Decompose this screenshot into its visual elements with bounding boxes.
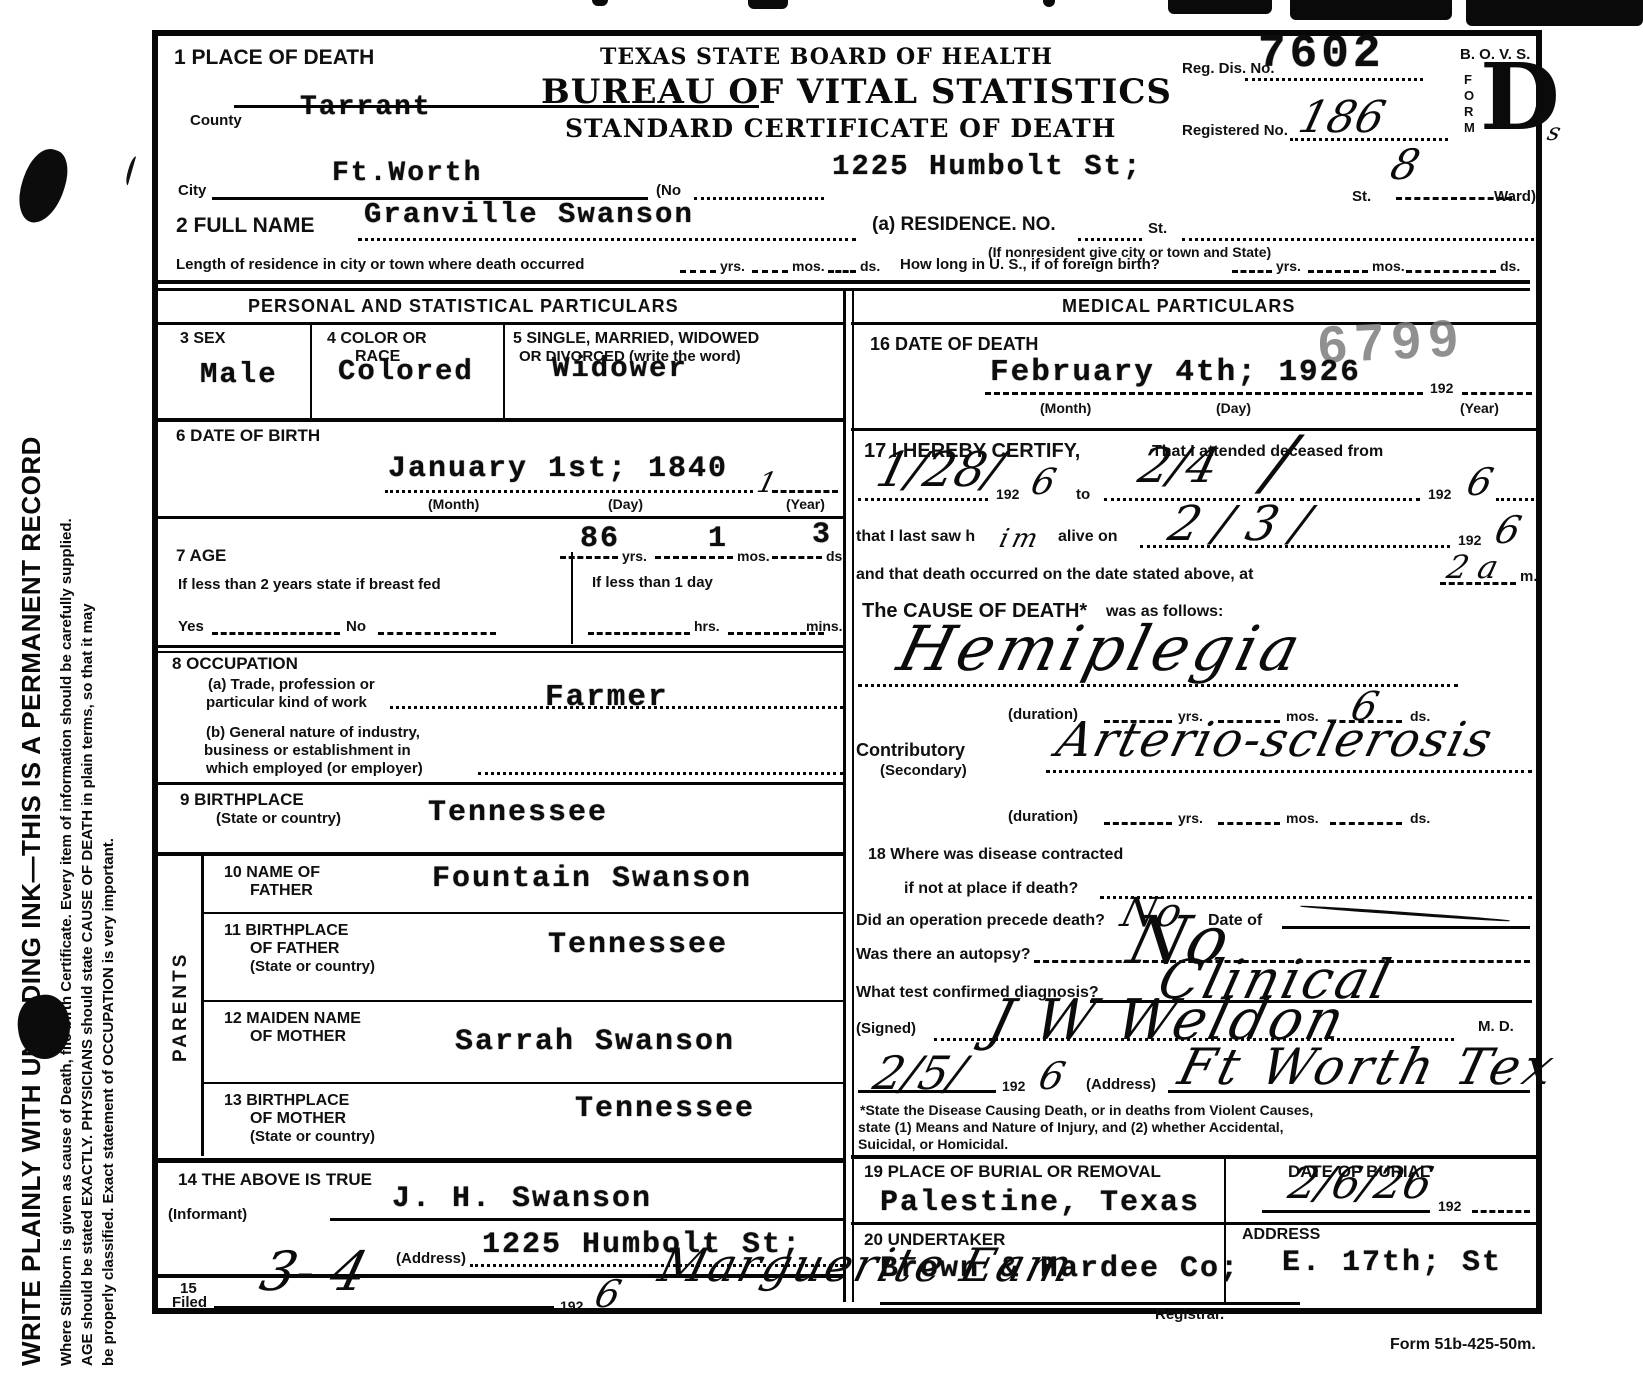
sex-value: Male bbox=[200, 358, 278, 391]
yrs-label: yrs. bbox=[1276, 258, 1301, 274]
fill bbox=[655, 556, 733, 559]
occupation-label: 8 OCCUPATION bbox=[172, 654, 298, 674]
end-year-pre: 192 bbox=[1428, 486, 1451, 502]
fill bbox=[560, 556, 618, 559]
fill bbox=[588, 632, 690, 635]
mother-name-value: Sarrah Swanson bbox=[455, 1025, 735, 1059]
occupation-value: Farmer bbox=[545, 680, 669, 715]
breastfed-label: If less than 2 years state if breast fed bbox=[178, 576, 441, 593]
parents-divider bbox=[201, 856, 204, 1156]
to-label: to bbox=[1076, 486, 1090, 503]
fill bbox=[1218, 822, 1280, 825]
form-letters: F O R M bbox=[1464, 72, 1478, 136]
filed-year-pre: 192 bbox=[560, 1298, 583, 1314]
burial-label: 19 PLACE OF BURIAL OR REMOVAL bbox=[864, 1162, 1161, 1182]
certificate-title: STANDARD CERTIFICATE OF DEATH bbox=[565, 114, 1116, 143]
left-section-title: PERSONAL AND STATISTICAL PARTICULARS bbox=[248, 296, 679, 317]
reg-dis-value: 7602 bbox=[1258, 28, 1384, 80]
burial-place-value: Palestine, Texas bbox=[880, 1186, 1200, 1220]
sign-year-pre: 192 bbox=[1002, 1078, 1025, 1094]
rule bbox=[158, 782, 843, 785]
no-label: No bbox=[346, 618, 366, 635]
undertaker-label: 20 UNDERTAKER bbox=[864, 1230, 1005, 1250]
mother-bp-label-2: OF MOTHER bbox=[250, 1110, 346, 1128]
sign-address-value: Ft Worth Tex bbox=[1173, 1038, 1564, 1096]
how-long-label: How long in U. S., if of foreign birth? bbox=[900, 256, 1160, 273]
dod-year-line bbox=[1462, 392, 1532, 395]
parents-label: PARENTS bbox=[170, 952, 192, 1062]
occupation-b2: business or establishment in bbox=[204, 742, 411, 759]
mother-bp-value: Tennessee bbox=[575, 1092, 755, 1126]
place-of-death-label: 1 PLACE OF DEATH bbox=[174, 46, 374, 70]
scan-artifact bbox=[592, 0, 608, 6]
residence-no-line bbox=[1078, 238, 1142, 241]
scan-artifact bbox=[1168, 0, 1272, 14]
dob-line bbox=[385, 490, 753, 493]
rule bbox=[202, 1082, 843, 1084]
contributory-label: Contributory bbox=[856, 740, 965, 761]
fill bbox=[1232, 270, 1272, 273]
marital-label: 5 SINGLE, MARRIED, WIDOWED bbox=[513, 330, 759, 348]
last-saw-hand: 2 / 3 / bbox=[1163, 496, 1316, 552]
city-value: Ft.Worth bbox=[332, 158, 482, 189]
registered-label: Registered No. bbox=[1182, 122, 1288, 139]
age-days: 3 bbox=[812, 518, 832, 552]
rule bbox=[158, 1158, 843, 1163]
age-years: 86 bbox=[580, 522, 620, 556]
month-label: (Month) bbox=[428, 496, 479, 512]
fill bbox=[680, 270, 716, 273]
no-line bbox=[694, 197, 824, 200]
lessday-label: If less than 1 day bbox=[592, 574, 713, 591]
rule bbox=[158, 322, 843, 325]
st-label: St. bbox=[1352, 188, 1371, 205]
ward-label: Ward) bbox=[1494, 188, 1536, 205]
fill bbox=[772, 556, 822, 559]
margin-instructions: WRITE PLAINLY WITH UNFADING INK—THIS IS … bbox=[16, 21, 144, 1366]
rule bbox=[158, 418, 843, 422]
autopsy-question: Was there an autopsy? bbox=[856, 946, 1031, 964]
hrs-label: hrs. bbox=[694, 618, 720, 634]
rule bbox=[851, 428, 1536, 431]
birthplace-label: 9 BIRTHPLACE bbox=[180, 790, 304, 810]
rule bbox=[158, 516, 843, 519]
city-label: City bbox=[178, 182, 206, 199]
informant-line bbox=[330, 1218, 843, 1221]
form-number: Form 51b-425-50m. bbox=[1390, 1336, 1536, 1354]
county-label: County bbox=[190, 112, 242, 129]
yrs-label: yrs. bbox=[720, 258, 745, 274]
informant-value: J. H. Swanson bbox=[392, 1182, 652, 1216]
margin-headline: WRITE PLAINLY WITH UNFADING INK—THIS IS … bbox=[16, 21, 47, 1366]
yes-label: Yes bbox=[178, 618, 204, 635]
footnote-2: state (1) Means and Nature of Injury, an… bbox=[858, 1119, 1284, 1135]
fill bbox=[858, 498, 988, 501]
signed-label: (Signed) bbox=[856, 1020, 916, 1037]
contributory-value: Arterio-sclerosis bbox=[1051, 712, 1499, 768]
informant-label: (Informant) bbox=[168, 1206, 247, 1223]
dod-year-label: (Year) bbox=[1460, 400, 1499, 416]
right-section-title: MEDICAL PARTICULARS bbox=[1062, 296, 1295, 317]
father-name-label-2: FATHER bbox=[250, 882, 313, 900]
occupation-a2: particular kind of work bbox=[206, 694, 367, 711]
mos-label: mos. bbox=[1372, 258, 1405, 274]
fill bbox=[1472, 1210, 1530, 1213]
father-name-label: 10 NAME OF bbox=[224, 864, 320, 882]
death-certificate-scan: WRITE PLAINLY WITH UNFADING INK—THIS IS … bbox=[0, 0, 1643, 1373]
street-value: 1225 Humbolt St; bbox=[832, 150, 1142, 183]
fill bbox=[1104, 822, 1172, 825]
mos-label: mos. bbox=[737, 548, 770, 564]
q18b-label: if not at place if death? bbox=[904, 880, 1078, 898]
margin-note-3: be properly classified. Exact statement … bbox=[98, 21, 119, 1366]
fill bbox=[828, 270, 856, 273]
color-value: Colored bbox=[338, 355, 474, 388]
mos-label: mos. bbox=[1286, 810, 1319, 826]
last-saw-pre: that I last saw h bbox=[856, 528, 975, 546]
age-double-rule bbox=[158, 645, 843, 653]
residence-st-line bbox=[1182, 238, 1534, 241]
board-title: TEXAS STATE BOARD OF HEALTH bbox=[600, 44, 1053, 70]
filed-line bbox=[214, 1306, 554, 1309]
rule bbox=[158, 852, 843, 856]
registered-value: 186 bbox=[1294, 92, 1391, 143]
scan-artifact bbox=[748, 0, 788, 9]
burial-date-value: 2/6/26 bbox=[1284, 1158, 1438, 1209]
dob-value: January 1st; 1840 bbox=[388, 452, 728, 486]
occupation-b-line bbox=[478, 772, 843, 775]
reg-dis-line bbox=[1245, 78, 1423, 81]
footnote-1: *State the Disease Causing Death, or in … bbox=[860, 1102, 1313, 1118]
divider bbox=[310, 322, 312, 418]
age-label: 7 AGE bbox=[176, 546, 226, 566]
informant-address-label: (Address) bbox=[396, 1250, 466, 1267]
dod-line bbox=[985, 392, 1423, 395]
father-bp-sub: (State or country) bbox=[250, 958, 375, 975]
father-name-value: Fountain Swanson bbox=[432, 862, 752, 896]
year-label: (Year) bbox=[786, 496, 825, 512]
operation-question: Did an operation precede death? bbox=[856, 912, 1105, 930]
fill bbox=[212, 632, 340, 635]
dod-value: February 4th; 1926 bbox=[990, 355, 1361, 390]
fill bbox=[1440, 582, 1516, 585]
dob-line-2 bbox=[772, 490, 838, 493]
last-year-pre: 192 bbox=[1458, 532, 1481, 548]
secondary-label: (Secondary) bbox=[880, 762, 967, 779]
fill bbox=[1496, 498, 1534, 501]
fill bbox=[1308, 270, 1368, 273]
duration-label-2: (duration) bbox=[1008, 808, 1078, 825]
registrar-label: Registrar. bbox=[1155, 1306, 1224, 1323]
divider bbox=[503, 322, 505, 418]
burial-date-line bbox=[1262, 1210, 1430, 1213]
father-bp-label-2: OF FATHER bbox=[250, 940, 339, 958]
footnote-3: Suicidal, or Homicidal. bbox=[858, 1136, 1008, 1152]
divider bbox=[571, 552, 573, 644]
md-label: M. D. bbox=[1478, 1018, 1514, 1035]
yrs-label: yrs. bbox=[622, 548, 647, 564]
residence-label: (a) RESIDENCE. NO. bbox=[872, 214, 1056, 236]
birthplace-value: Tennessee bbox=[428, 796, 608, 830]
fill bbox=[1330, 822, 1402, 825]
operation-date-line bbox=[1282, 926, 1530, 929]
scan-artifact bbox=[1466, 0, 1643, 26]
yrs-label: yrs. bbox=[1178, 810, 1203, 826]
color-label: 4 COLOR OR bbox=[327, 330, 427, 348]
dod-day-label: (Day) bbox=[1216, 400, 1251, 416]
last-saw-scribble: im bbox=[996, 524, 1044, 554]
mos-label: mos. bbox=[792, 258, 825, 274]
fullname-value: Granville Swanson bbox=[364, 198, 694, 231]
undertaker-address-label: ADDRESS bbox=[1242, 1226, 1320, 1244]
occupation-a1: (a) Trade, profession or bbox=[208, 676, 375, 693]
fill bbox=[752, 270, 788, 273]
occupation-b3: which employed (or employer) bbox=[206, 760, 423, 777]
sex-label: 3 SEX bbox=[180, 330, 225, 348]
margin-note-1: Where Stillborn is given as cause of Dea… bbox=[56, 21, 77, 1366]
burial-year-pre: 192 bbox=[1438, 1198, 1461, 1214]
filed-label: Filed bbox=[172, 1294, 207, 1311]
attended-to-hand: 2/4 bbox=[1133, 438, 1224, 494]
registrar-line bbox=[880, 1302, 1300, 1305]
sign-date-line bbox=[858, 1090, 996, 1093]
ds-label: ds. bbox=[1410, 810, 1430, 826]
from-year-pre: 192 bbox=[996, 486, 1019, 502]
fill bbox=[378, 632, 496, 635]
contributory-line bbox=[1046, 770, 1532, 773]
filed-date-hand: 3- 4 bbox=[254, 1240, 374, 1303]
scan-artifact bbox=[1043, 0, 1055, 7]
last-saw-post: alive on bbox=[1058, 528, 1118, 546]
attended-from-hand: 1/28/ bbox=[871, 442, 1009, 498]
occupation-b1: (b) General nature of industry, bbox=[206, 724, 420, 741]
bureau-title: BUREAU OF VITAL STATISTICS bbox=[541, 72, 1172, 112]
fullname-label: 2 FULL NAME bbox=[176, 214, 314, 238]
dod-label: 16 DATE OF DEATH bbox=[870, 334, 1038, 355]
no-label: (No bbox=[656, 182, 681, 199]
column-divider bbox=[843, 291, 854, 1302]
rule bbox=[202, 912, 843, 914]
margin-note-2: AGE should be stated EXACTLY. PHYSICIANS… bbox=[77, 21, 98, 1366]
age-months: 1 bbox=[708, 522, 728, 556]
day-label: (Day) bbox=[608, 496, 643, 512]
mother-name-label-2: OF MOTHER bbox=[250, 1028, 346, 1046]
fill bbox=[1300, 498, 1420, 501]
dob-label: 6 DATE OF BIRTH bbox=[176, 426, 320, 446]
fullname-line bbox=[358, 238, 856, 241]
mother-bp-label: 13 BIRTHPLACE bbox=[224, 1092, 349, 1110]
father-bp-label: 11 BIRTHPLACE bbox=[224, 922, 348, 940]
birthplace-sub: (State or country) bbox=[216, 810, 341, 827]
sign-address-label: (Address) bbox=[1086, 1076, 1156, 1093]
rule bbox=[851, 1222, 1536, 1225]
dod-month-label: (Month) bbox=[1040, 400, 1091, 416]
marital-value: Widower bbox=[552, 352, 688, 385]
header-double-rule bbox=[158, 280, 1530, 291]
m-label: m. bbox=[1520, 568, 1538, 585]
father-bp-value: Tennessee bbox=[548, 928, 728, 962]
dod-year-pre: 192 bbox=[1430, 380, 1453, 396]
cause-value: Hemiplegia bbox=[891, 612, 1311, 685]
occurred-label: and that death occurred on the date stat… bbox=[856, 566, 1253, 584]
mother-bp-sub: (State or country) bbox=[250, 1128, 375, 1145]
residence-st-label: St. bbox=[1148, 220, 1167, 237]
above-true-label: 14 THE ABOVE IS TRUE bbox=[178, 1170, 372, 1190]
ds-label: ds. bbox=[826, 548, 846, 564]
residence-length-label: Length of residence in city or town wher… bbox=[176, 256, 584, 273]
q18-label: 18 Where was disease contracted bbox=[868, 846, 1123, 864]
time-hand: 2 a bbox=[1443, 548, 1502, 586]
undertaker-value: Brown & Hardee Co; bbox=[880, 1252, 1240, 1286]
mins-label: mins. bbox=[806, 618, 843, 634]
ds-label: ds. bbox=[860, 258, 880, 274]
rule bbox=[202, 1000, 843, 1002]
fill bbox=[1406, 270, 1496, 273]
scan-artifact bbox=[1290, 0, 1452, 20]
ds-label: ds. bbox=[1500, 258, 1520, 274]
undertaker-address-value: E. 17th; St bbox=[1282, 1246, 1502, 1280]
mother-name-label: 12 MAIDEN NAME bbox=[224, 1010, 361, 1028]
